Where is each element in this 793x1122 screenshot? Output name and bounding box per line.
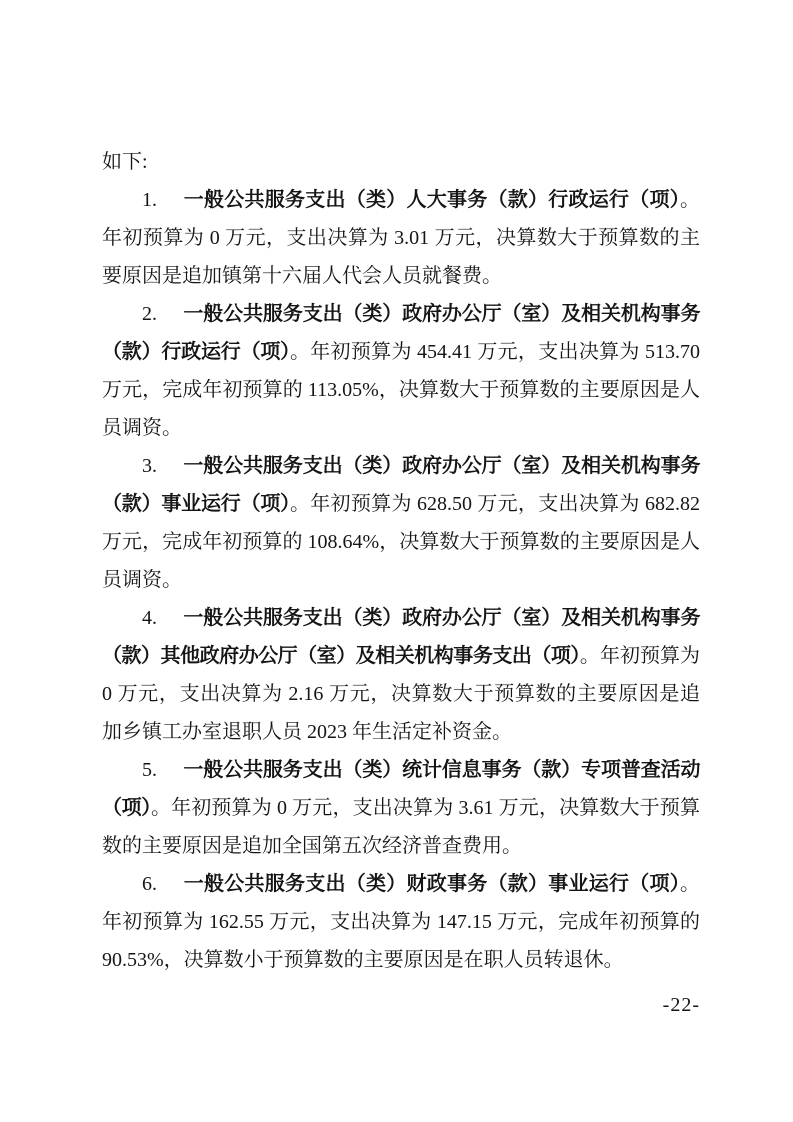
budget-item-paragraph: 3.一般公共服务支出（类）政府办公厅（室）及相关机构事务（款）事业运行（项）。年… (102, 447, 700, 599)
budget-items-list: 1.一般公共服务支出（类）人大事务（款）行政运行（项）。年初预算为 0 万元，支… (102, 181, 700, 979)
budget-item-paragraph: 4.一般公共服务支出（类）政府办公厅（室）及相关机构事务（款）其他政府办公厅（室… (102, 599, 700, 751)
page-number: -22- (663, 994, 700, 1016)
budget-item-paragraph: 6.一般公共服务支出（类）财政事务（款）事业运行（项）。年初预算为 162.55… (102, 865, 700, 979)
item-body: 。年初预算为 0 万元，支出决算为 3.61 万元，决算数大于预算数的主要原因是… (102, 797, 700, 857)
item-number: 6. (142, 873, 157, 895)
budget-item-paragraph: 2.一般公共服务支出（类）政府办公厅（室）及相关机构事务（款）行政运行（项）。年… (102, 295, 700, 447)
intro-line: 如下: (102, 143, 700, 181)
budget-item-paragraph: 1.一般公共服务支出（类）人大事务（款）行政运行（项）。年初预算为 0 万元，支… (102, 181, 700, 295)
item-number: 5. (142, 759, 157, 781)
document-page: 如下: 1.一般公共服务支出（类）人大事务（款）行政运行（项）。年初预算为 0 … (0, 0, 793, 1122)
item-number: 3. (142, 455, 157, 477)
item-title: 一般公共服务支出（类）人大事务（款）行政运行（项） (183, 189, 680, 211)
item-number: 2. (142, 303, 157, 325)
budget-item-paragraph: 5.一般公共服务支出（类）统计信息事务（款）专项普查活动（项）。年初预算为 0 … (102, 751, 700, 865)
item-title: 一般公共服务支出（类）财政事务（款）事业运行（项） (183, 873, 680, 895)
item-number: 4. (142, 607, 157, 629)
document-body: 如下: 1.一般公共服务支出（类）人大事务（款）行政运行（项）。年初预算为 0 … (102, 143, 700, 979)
item-number: 1. (142, 189, 157, 211)
